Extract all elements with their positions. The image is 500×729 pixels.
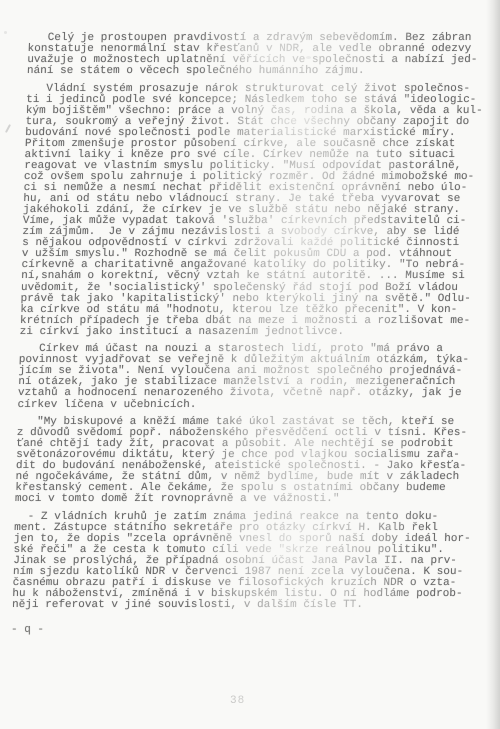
text-line: ka církve od státu má "hodnotu, kterou l… — [20, 305, 477, 316]
document-page: Celý je prostoupen pravdivostí a zdravým… — [0, 0, 500, 729]
paragraph: Vládní systém prosazuje nárok strukturov… — [19, 84, 483, 338]
text-line: moci v tomto domě žít rovnoprávně a ve v… — [15, 494, 472, 505]
text-line: ní,snahám o korektní, věcný vztah ke stá… — [21, 271, 478, 282]
paragraph: Církev má účast na nouzi a starostech li… — [17, 344, 476, 410]
text-line: uvědomit, že 'socialistický' společenský… — [21, 283, 478, 294]
author-mark: - q - — [11, 624, 44, 636]
scan-speck — [4, 31, 7, 34]
text-line: zi církví jako institucí a nasazením jed… — [19, 327, 476, 338]
text-line: něji referovat v jiné souvislosti, v dal… — [12, 600, 469, 611]
paragraph: Celý je prostoupen pravdivostí a zdravým… — [27, 33, 485, 77]
paragraph: - Z vládních kruhů je zatím známa jediná… — [12, 512, 472, 611]
text-line: nání se státem o věcech společného humán… — [27, 66, 484, 77]
text-line: právě tak jako 'kapitalistický' nebo kte… — [20, 294, 477, 305]
scan-edge-shadow — [486, 0, 500, 729]
typewritten-text: Celý je prostoupen pravdivostí a zdravým… — [12, 33, 485, 611]
text-line: církev líčena v učebnicích. — [17, 400, 474, 411]
paragraph: "My biskupové a kněží máme také úkol zas… — [15, 417, 474, 505]
scan-speck — [5, 124, 11, 133]
page-number: 38 — [230, 695, 245, 707]
text-line: vztahů a hodnocení nenarozeného života, … — [18, 388, 475, 399]
